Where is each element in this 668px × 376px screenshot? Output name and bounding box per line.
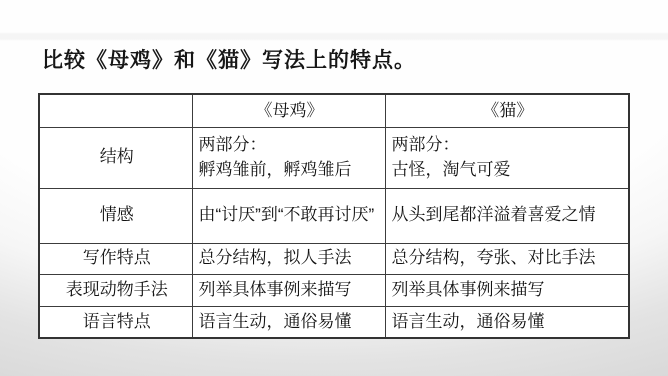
cell-emotion-mao: 从头到尾都洋溢着喜爱之情 xyxy=(385,188,629,243)
slide-title: 比较《母鸡》和《猫》写法上的特点。 xyxy=(42,44,416,74)
cell-emotion-muji: 由“讨厌”到“不敢再讨厌” xyxy=(192,188,385,243)
slide-frame: 比较《母鸡》和《猫》写法上的特点。 《母鸡》 《猫》 结构 两部分： 孵鸡雏前，… xyxy=(0,0,668,376)
column-header-muji: 《母鸡》 xyxy=(192,94,385,127)
row-label-language-features: 语言特点 xyxy=(39,306,192,338)
table-row-animal-depiction: 表现动物手法 列举具体事例来描写 列举具体事例来描写 xyxy=(39,274,629,306)
table-row-emotion: 情感 由“讨厌”到“不敢再讨厌” 从头到尾都洋溢着喜爱之情 xyxy=(39,188,629,243)
cell-language-mao: 语言生动，通俗易懂 xyxy=(385,306,629,338)
comparison-table: 《母鸡》 《猫》 结构 两部分： 孵鸡雏前，孵鸡雏后 两部分： 古怪，淘气可爱 … xyxy=(38,93,630,339)
row-label-emotion: 情感 xyxy=(39,188,192,243)
table-row-structure: 结构 两部分： 孵鸡雏前，孵鸡雏后 两部分： 古怪，淘气可爱 xyxy=(39,127,629,188)
row-label-structure: 结构 xyxy=(39,127,192,188)
cell-writing-muji: 总分结构，拟人手法 xyxy=(192,243,385,274)
table-row-language-features: 语言特点 语言生动，通俗易懂 语言生动，通俗易懂 xyxy=(39,306,629,338)
cell-depiction-mao: 列举具体事例来描写 xyxy=(385,274,629,306)
cell-structure-mao: 两部分： 古怪，淘气可爱 xyxy=(385,127,629,188)
cell-depiction-muji: 列举具体事例来描写 xyxy=(192,274,385,306)
cell-structure-muji: 两部分： 孵鸡雏前，孵鸡雏后 xyxy=(192,127,385,188)
cell-writing-mao: 总分结构，夸张、对比手法 xyxy=(385,243,629,274)
cell-language-muji: 语言生动，通俗易懂 xyxy=(192,306,385,338)
row-label-animal-depiction: 表现动物手法 xyxy=(39,274,192,306)
row-label-writing-features: 写作特点 xyxy=(39,243,192,274)
table-corner-cell xyxy=(39,94,192,127)
column-header-mao: 《猫》 xyxy=(385,94,629,127)
table-row-writing-features: 写作特点 总分结构，拟人手法 总分结构，夸张、对比手法 xyxy=(39,243,629,274)
table-header-row: 《母鸡》 《猫》 xyxy=(39,94,629,127)
